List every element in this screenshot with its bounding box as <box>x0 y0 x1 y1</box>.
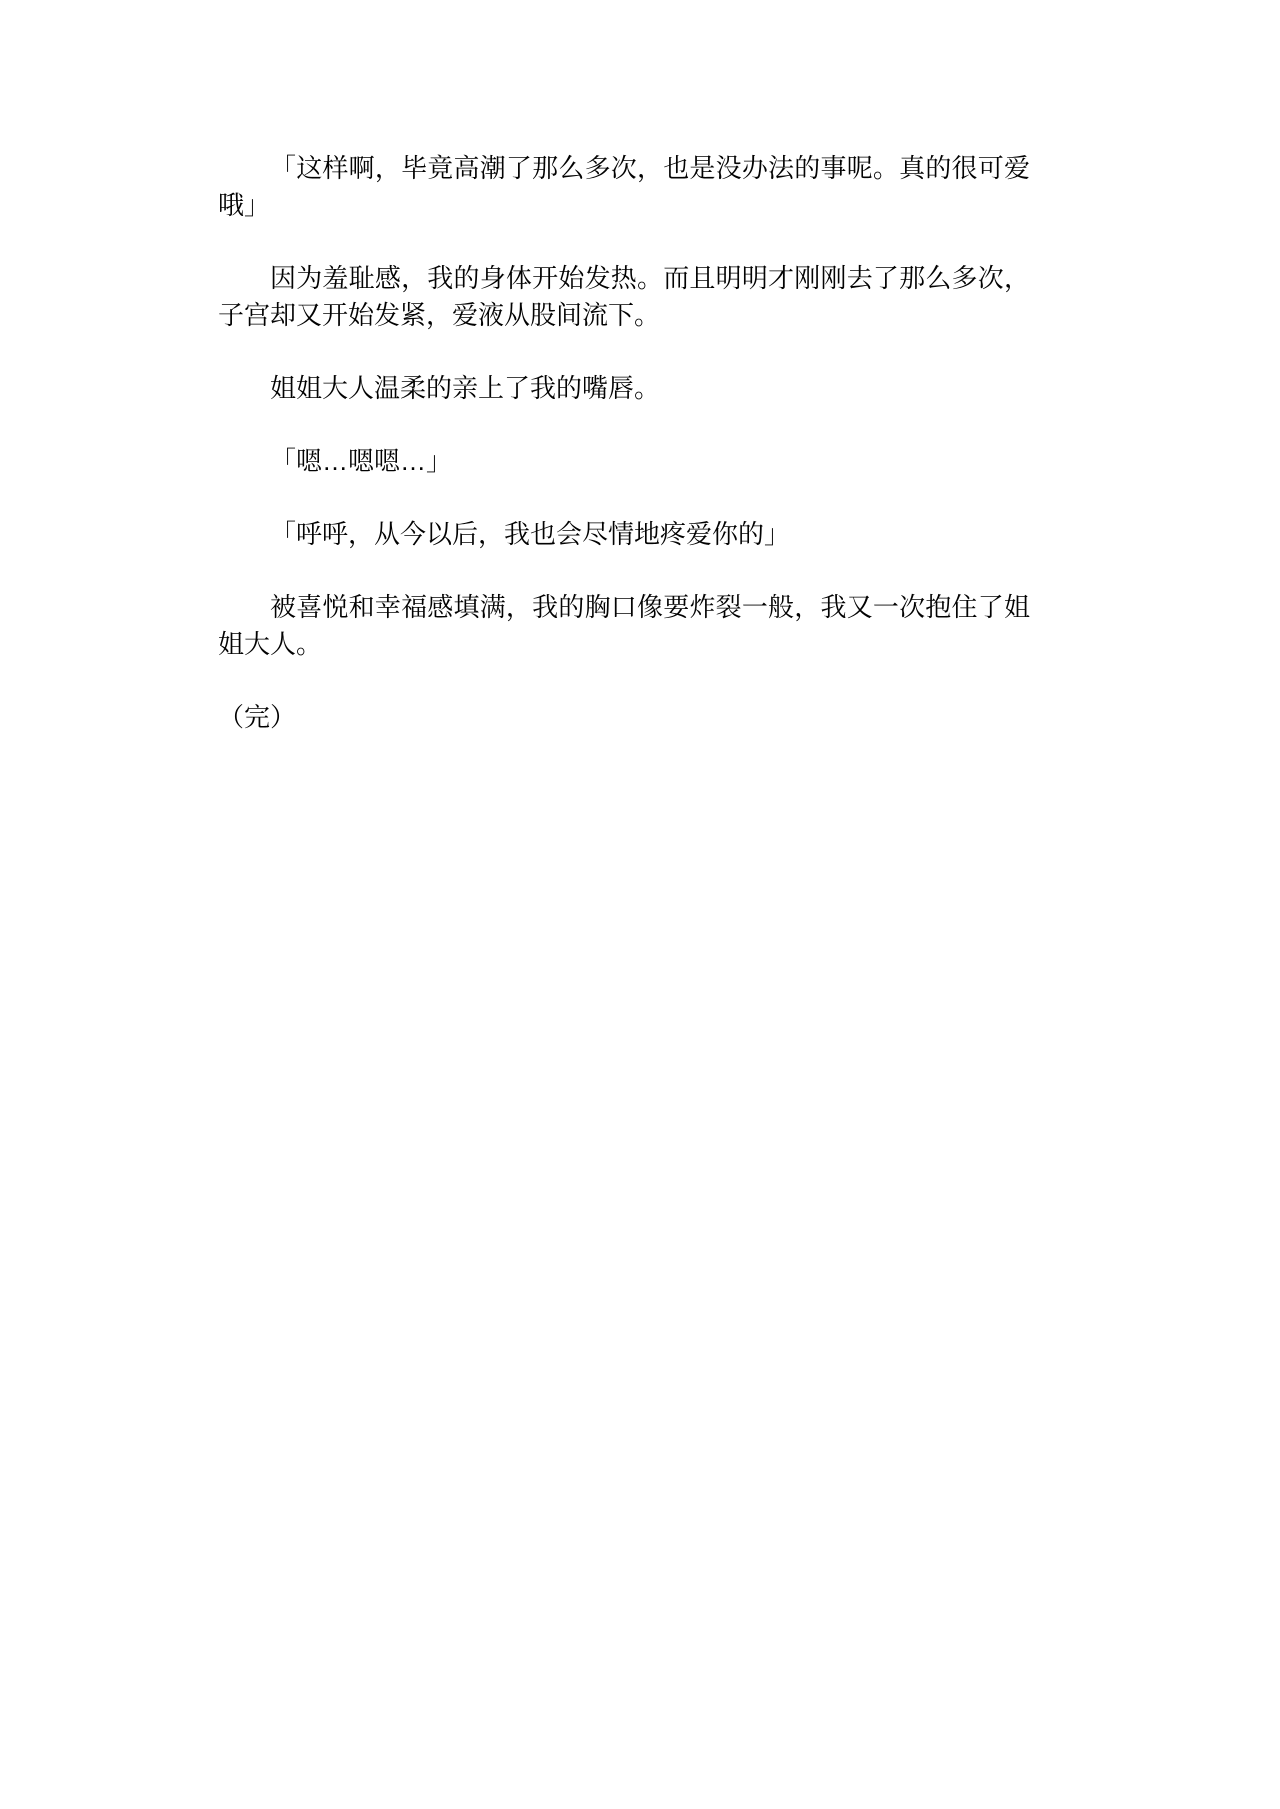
story-paragraph: 「这样啊，毕竟高潮了那么多次，也是没办法的事呢。真的很可爱哦」 <box>218 150 1030 224</box>
story-paragraph: 因为羞耻感，我的身体开始发热。而且明明才刚刚去了那么多次，子宫却又开始发紧，爱液… <box>218 260 1030 334</box>
text-body: 「这样啊，毕竟高潮了那么多次，也是没办法的事呢。真的很可爱哦」 因为羞耻感，我的… <box>218 150 1030 772</box>
story-paragraph: 被喜悦和幸福感填满，我的胸口像要炸裂一般，我又一次抱住了姐姐大人。 <box>218 589 1030 663</box>
story-paragraph: 姐姐大人温柔的亲上了我的嘴唇。 <box>218 370 1030 407</box>
end-marker: （完） <box>218 699 1030 736</box>
document-page: 「这样啊，毕竟高潮了那么多次，也是没办法的事呢。真的很可爱哦」 因为羞耻感，我的… <box>0 0 1280 1809</box>
story-paragraph: 「嗯…嗯嗯…」 <box>218 443 1030 480</box>
story-paragraph: 「呼呼，从今以后，我也会尽情地疼爱你的」 <box>218 516 1030 553</box>
